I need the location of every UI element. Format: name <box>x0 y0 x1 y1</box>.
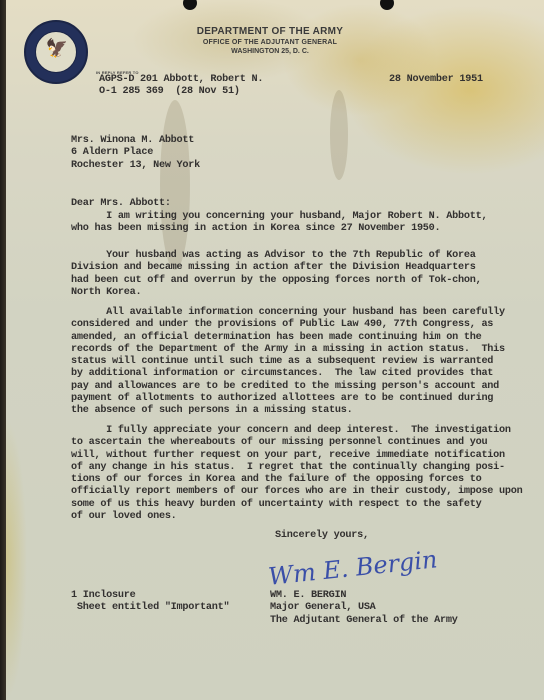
paragraph-2: Your husband was acting as Advisor to th… <box>71 250 481 299</box>
text-line: of our loved ones. <box>71 511 523 523</box>
letterhead-department: DEPARTMENT OF THE ARMY <box>150 26 390 37</box>
text-line: I am writing you concerning your husband… <box>71 211 487 223</box>
closing: Sincerely yours, <box>275 530 369 542</box>
text-line: of any change in his status. I regret th… <box>71 462 523 474</box>
text-line: records of the Department of the Army in… <box>71 344 505 356</box>
signer-title: The Adjutant General of the Army <box>270 615 458 627</box>
recipient-city: Rochester 13, New York <box>71 160 200 172</box>
paragraph-4: I fully appreciate your concern and deep… <box>71 425 523 523</box>
signature-ink: Wm E. Bergin <box>267 545 439 591</box>
text-line: tions of our forces in Korea and the fai… <box>71 474 523 486</box>
signer-name: WM. E. BERGIN <box>270 590 458 602</box>
text-line: Division and became missing in action af… <box>71 262 481 274</box>
text-line: Your husband was acting as Advisor to th… <box>71 250 481 262</box>
text-line: payment of allotments to authorized allo… <box>71 393 505 405</box>
page-edge <box>0 0 6 700</box>
enclosure-description: Sheet entitled "Important" <box>71 602 229 614</box>
eagle-icon: 🦅 <box>36 38 77 59</box>
letter-page: 🦅 DEPARTMENT OF THE ARMY OFFICE OF THE A… <box>0 0 544 700</box>
text-line: I fully appreciate your concern and deep… <box>71 425 523 437</box>
salutation: Dear Mrs. Abbott: <box>71 198 171 210</box>
letterhead-address: WASHINGTON 25, D. C. <box>150 48 390 55</box>
text-line: who has been missing in action in Korea … <box>71 223 487 235</box>
text-line: pay and allowances are to be credited to… <box>71 381 505 393</box>
recipient-address: Mrs. Winona M. Abbott6 Aldern PlaceRoche… <box>71 135 200 172</box>
letterhead-office: OFFICE OF THE ADJUTANT GENERAL <box>150 39 390 46</box>
text-line: some of us this heavy burden of uncertai… <box>71 499 523 511</box>
text-line: North Korea. <box>71 287 481 299</box>
text-line: by additional information or circumstanc… <box>71 368 505 380</box>
text-line: All available information concerning you… <box>71 307 505 319</box>
reference-line-2: O-1 285 369 (28 Nov 51) <box>99 86 240 98</box>
punch-hole <box>380 0 394 10</box>
stain <box>160 100 190 270</box>
department-of-defense-seal-icon: 🦅 <box>24 20 88 84</box>
enclosure: 1 Inclosure Sheet entitled "Important" <box>71 590 229 615</box>
signature-block: WM. E. BERGINMajor General, USAThe Adjut… <box>270 590 458 627</box>
text-line: officially report members of our forces … <box>71 486 523 498</box>
enclosure-count: 1 Inclosure <box>71 590 229 602</box>
punch-hole <box>183 0 197 10</box>
recipient-street: 6 Aldern Place <box>71 147 200 159</box>
paragraph-3: All available information concerning you… <box>71 307 505 418</box>
text-line: to ascertain the whereabouts of our miss… <box>71 437 523 449</box>
stain <box>330 90 348 180</box>
letter-date: 28 November 1951 <box>389 74 483 86</box>
paragraph-1: I am writing you concerning your husband… <box>71 211 487 236</box>
text-line: will, without further request on your pa… <box>71 450 523 462</box>
reference-line-1: AGPS-D 201 Abbott, Robert N. <box>99 74 263 86</box>
signer-rank: Major General, USA <box>270 602 458 614</box>
text-line: amended, an official determination has b… <box>71 332 505 344</box>
text-line: the absence of such persons in a missing… <box>71 405 505 417</box>
text-line: status will continue until such time as … <box>71 356 505 368</box>
letterhead: DEPARTMENT OF THE ARMY OFFICE OF THE ADJ… <box>150 26 390 55</box>
recipient-name: Mrs. Winona M. Abbott <box>71 135 200 147</box>
text-line: considered and under the provisions of P… <box>71 319 505 331</box>
text-line: had been cut off and overrun by the oppo… <box>71 275 481 287</box>
